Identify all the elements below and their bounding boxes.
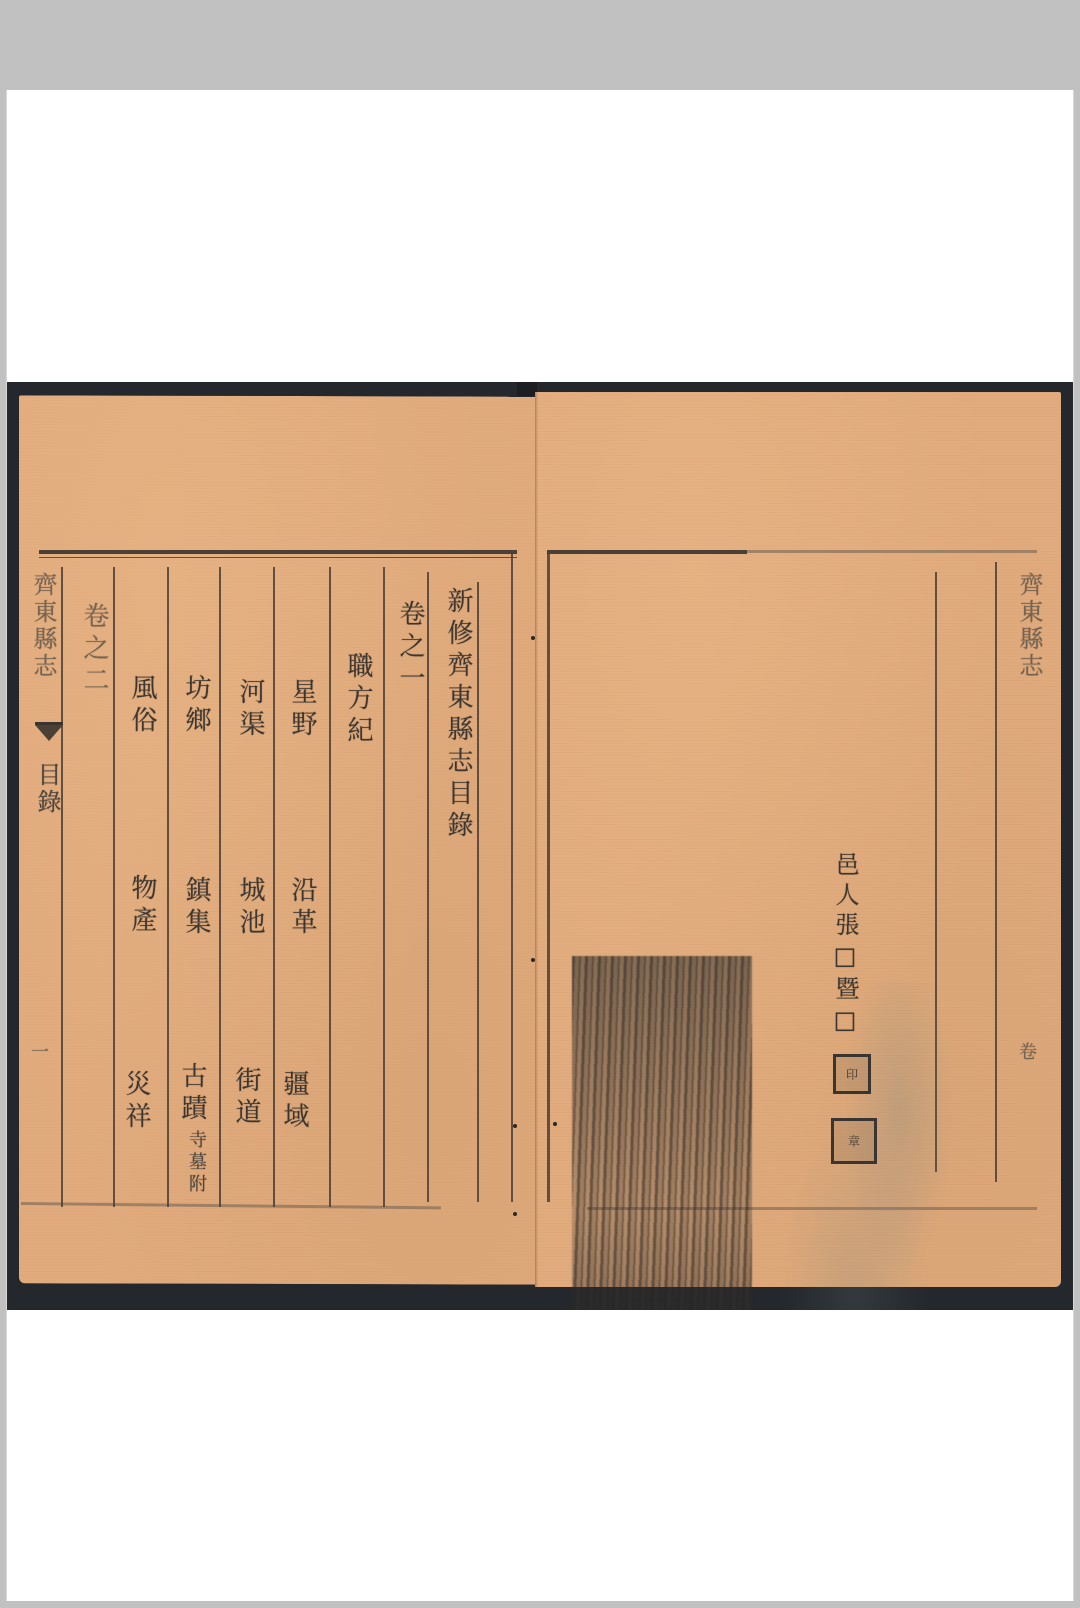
- book-gutter: [535, 392, 538, 1287]
- inscription: 邑人張□暨□: [833, 852, 857, 1040]
- right-frame-top-border-faint: [747, 550, 1037, 553]
- right-margin-book-title: 齊東縣志: [1017, 572, 1041, 680]
- volume-2-heading: 卷之二: [81, 602, 107, 698]
- gutter-shadow: [517, 382, 537, 396]
- catalog-title: 新修齊東縣志目錄: [445, 587, 471, 843]
- viewer-top-bar: [0, 0, 1080, 90]
- binding-hole: [513, 1124, 517, 1128]
- right-margin-page-mark: 卷: [1017, 1042, 1035, 1064]
- volume-1-heading: 卷之一: [397, 600, 423, 696]
- right-column-rule: [995, 562, 997, 1182]
- book-scan-image: 新修齊東縣志目錄 卷之一 職方紀 星野 河渠 坊鄉 風俗 沿革 城池 鎮集 物產…: [7, 382, 1073, 1310]
- entry-chengchi: 城池: [237, 876, 263, 940]
- right-frame-top-border: [547, 550, 747, 554]
- entry-wuchan: 物產: [129, 874, 155, 938]
- right-frame-left-border: [547, 552, 550, 1202]
- entry-guji: 古蹟: [179, 1062, 205, 1126]
- binding-hole: [531, 958, 535, 962]
- viewer-frame-right: [1074, 90, 1080, 1608]
- column-rule: [329, 567, 331, 1207]
- entry-zhenji: 鎮集: [183, 876, 209, 940]
- column-rule: [167, 567, 169, 1207]
- binding-hole: [531, 636, 535, 640]
- fish-tail-mark: [35, 722, 63, 755]
- column-rule: [61, 567, 63, 1207]
- entry-fengsu: 風俗: [129, 674, 155, 738]
- entry-hequ: 河渠: [237, 678, 263, 742]
- column-rule: [477, 582, 479, 1202]
- margin-page-number: 一: [29, 1042, 47, 1064]
- column-rule: [113, 567, 115, 1207]
- viewer-frame-bottom: [0, 1601, 1080, 1608]
- column-rule: [383, 567, 385, 1207]
- margin-book-title: 齊東縣志: [31, 572, 55, 680]
- seal-stamp-1: 印: [833, 1054, 871, 1094]
- left-frame-top-inner-border: [39, 557, 517, 558]
- binding-hole: [553, 1122, 557, 1126]
- seal-stamp-2: 章: [831, 1118, 877, 1164]
- entry-yange: 沿革: [289, 876, 315, 940]
- column-rule: [219, 567, 221, 1207]
- section-heading: 職方紀: [345, 652, 371, 748]
- binding-hole: [513, 1212, 517, 1216]
- entry-guji-note: 寺墓附: [187, 1130, 205, 1196]
- entry-jiedao: 街道: [233, 1066, 259, 1130]
- entry-jiangyu: 疆域: [281, 1070, 307, 1134]
- margin-section-label: 目錄: [35, 762, 59, 816]
- faint-illustration: [767, 982, 987, 1310]
- viewer-frame-right-edge: [1073, 90, 1074, 1601]
- left-frame-right-border: [511, 552, 513, 1202]
- entry-zaixiang: 災祥: [123, 1070, 149, 1134]
- ink-rubbing-smear: [572, 956, 752, 1310]
- column-rule: [273, 567, 275, 1207]
- entry-fangxiang: 坊鄉: [183, 674, 209, 738]
- left-frame-top-border: [39, 550, 517, 554]
- column-rule: [427, 572, 429, 1202]
- entry-xingye: 星野: [289, 678, 315, 742]
